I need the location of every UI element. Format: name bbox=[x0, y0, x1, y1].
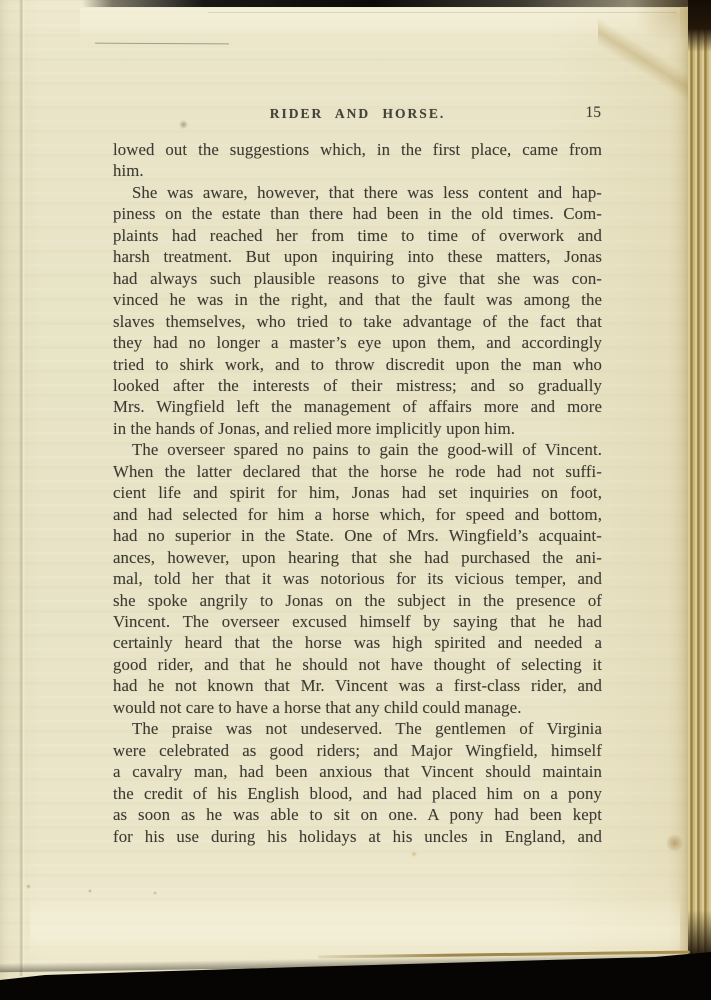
text-line: had always such plausible reasons to giv… bbox=[113, 268, 602, 289]
text-line: piness on the estate than there had been… bbox=[113, 203, 602, 224]
text-line: slaves themselves, who tried to take adv… bbox=[113, 311, 602, 332]
paper-stain bbox=[666, 833, 683, 853]
stacked-page-edges bbox=[688, 0, 711, 1000]
text-line: had he not known that Mr. Vincent was a … bbox=[113, 675, 602, 696]
stacked-pages-top-shadow bbox=[688, 0, 711, 52]
text-line: She was aware, however, that there was l… bbox=[113, 182, 602, 203]
page-top-edge-shadow bbox=[82, 0, 690, 7]
text-line: good rider, and that he should not have … bbox=[113, 654, 602, 675]
text-line: were celebrated as good riders; and Majo… bbox=[113, 740, 602, 761]
text-line: they had no longer a master’s eye upon t… bbox=[113, 332, 602, 353]
text-line: Vincent. The overseer excused himself by… bbox=[113, 611, 602, 632]
text-line: the credit of his English blood, and had… bbox=[113, 783, 602, 804]
text-line: cient life and spirit for him, Jonas had… bbox=[113, 482, 602, 503]
gutter-crease bbox=[19, 0, 25, 976]
text-line: harsh treatment. But upon inquiring into… bbox=[113, 246, 602, 267]
text-line: a cavalry man, had been anxious that Vin… bbox=[113, 761, 602, 782]
page-header: RIDER AND HORSE. 15 bbox=[113, 104, 602, 124]
paper-speck bbox=[26, 884, 31, 889]
page-number: 15 bbox=[586, 104, 602, 122]
text-line: plaints had reached her from time to tim… bbox=[113, 225, 602, 246]
text-line: tried to shirk work, and to throw discre… bbox=[113, 354, 602, 375]
text-line: The praise was not undeserved. The gentl… bbox=[113, 718, 602, 739]
text-line: in the hands of Jonas, and relied more i… bbox=[113, 418, 602, 439]
text-line: for his use during his holidays at his u… bbox=[113, 826, 602, 847]
book-scan: { "book_page": { "header": { "running_ti… bbox=[0, 0, 711, 1000]
running-title: RIDER AND HORSE. bbox=[113, 106, 602, 122]
scan-light-band-bottom bbox=[30, 892, 680, 954]
text-line: ances, however, upon hearing that she ha… bbox=[113, 547, 602, 568]
text-line: The overseer spared no pains to gain the… bbox=[113, 439, 602, 460]
text-line: she spoke angrily to Jonas on the subjec… bbox=[113, 590, 602, 611]
text-line: When the latter declared that the horse … bbox=[113, 461, 602, 482]
text-line: as soon as he was able to sit on one. A … bbox=[113, 804, 602, 825]
text-line: him. bbox=[113, 160, 602, 181]
text-line: lowed out the suggestions which, in the … bbox=[113, 139, 602, 160]
paper-speck bbox=[411, 851, 417, 857]
text-line: vinced he was in the right, and that the… bbox=[113, 289, 602, 310]
corner-stain bbox=[598, 0, 689, 120]
text-line: certainly heard that the horse was high … bbox=[113, 632, 602, 653]
scanned-book-page: RIDER AND HORSE. 15 lowed out the sugges… bbox=[0, 0, 711, 1000]
text-line: would not care to have a horse that any … bbox=[113, 697, 602, 718]
text-line: and had selected for him a horse which, … bbox=[113, 504, 602, 525]
text-line: looked after the interests of their mist… bbox=[113, 375, 602, 396]
body-text: lowed out the suggestions which, in the … bbox=[113, 139, 602, 847]
paper-speck bbox=[153, 891, 157, 895]
scan-light-band-top bbox=[80, 8, 680, 44]
paper-speck bbox=[88, 889, 92, 893]
text-line: mal, told her that it was notorious for … bbox=[113, 568, 602, 589]
text-line: had no superior in the State. One of Mrs… bbox=[113, 525, 602, 546]
text-line: Mrs. Wingfield left the management of af… bbox=[113, 396, 602, 417]
